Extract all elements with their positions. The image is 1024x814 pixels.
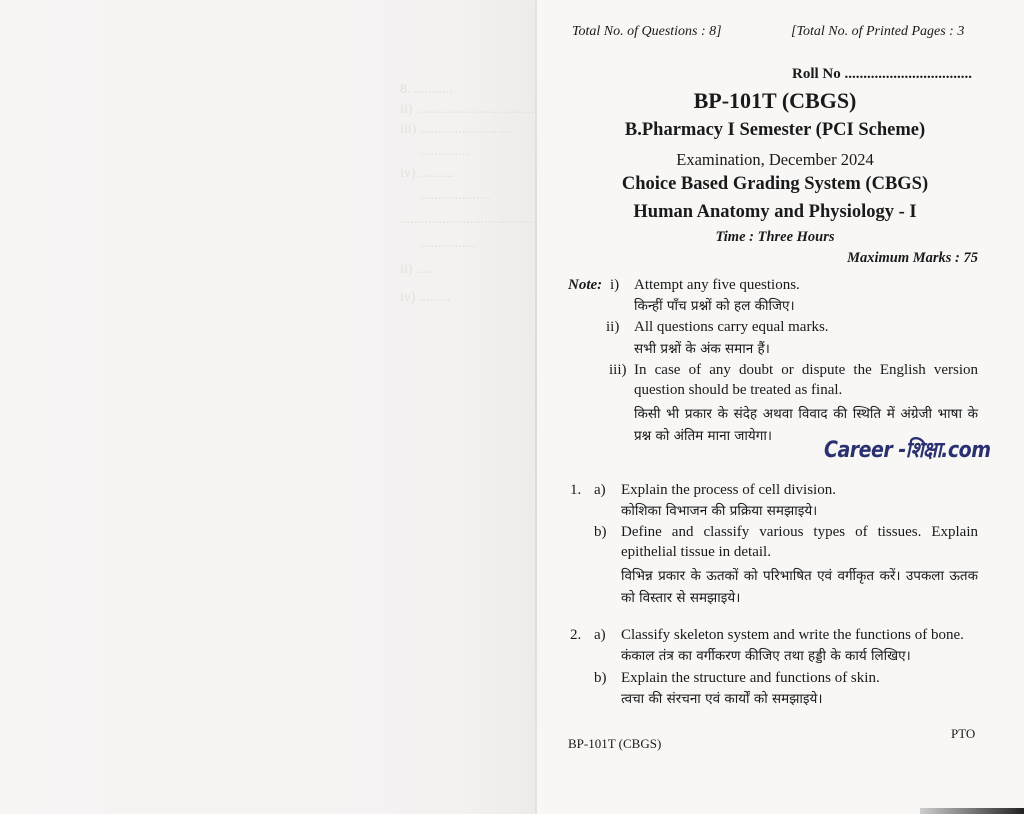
bleed-through-text: ii) ................................... bbox=[400, 102, 538, 118]
footer-pto: PTO bbox=[951, 726, 975, 742]
note-text-hi: सभी प्रश्नों के अंक समान हैं। bbox=[634, 339, 770, 359]
bleed-through-text: ....................................... bbox=[400, 212, 537, 228]
question-part-label: b) bbox=[594, 522, 607, 542]
note-number: ii) bbox=[606, 317, 619, 337]
scan-edge-shadow bbox=[920, 808, 1024, 814]
bleed-through-text: iv) ......... bbox=[400, 290, 451, 306]
question-text-hi: कोशिका विभाजन की प्रक्रिया समझाइये। bbox=[621, 501, 817, 521]
question-part-label: b) bbox=[594, 668, 607, 688]
exam-session: Examination, December 2024 bbox=[560, 150, 990, 170]
question-part-label: a) bbox=[594, 625, 606, 645]
bleed-through-text: 8. ........... bbox=[400, 82, 453, 98]
bleed-through-text: iii) .......................... bbox=[400, 122, 511, 138]
question-text-hi: कंकाल तंत्र का वर्गीकरण कीजिए तथा हड्डी … bbox=[621, 646, 911, 666]
bleed-through-text: .................... bbox=[420, 188, 490, 204]
roll-no-field: Roll No ................................… bbox=[792, 66, 972, 83]
note-text-en: In case of any doubt or dispute the Engl… bbox=[634, 360, 978, 400]
paper-code: BP-101T (CBGS) bbox=[560, 88, 990, 114]
exam-duration: Time : Three Hours bbox=[560, 229, 990, 246]
course-title: B.Pharmacy I Semester (PCI Scheme) bbox=[560, 120, 990, 141]
question-text-hi: विभिन्न प्रकार के ऊतकों को परिभाषित एवं … bbox=[621, 565, 978, 609]
bleed-through-text: .............. bbox=[420, 144, 469, 160]
left-page-blank: 8. ........... ii) .....................… bbox=[0, 0, 536, 814]
note-text-hi: किन्हीं पाँच प्रश्नों को हल कीजिए। bbox=[634, 296, 795, 316]
watermark-stamp: Career -शिक्षा.com bbox=[824, 434, 991, 464]
note-text-en: All questions carry equal marks. bbox=[634, 317, 829, 337]
question-text-en: Define and classify various types of tis… bbox=[621, 522, 978, 562]
bleed-through-text: ii) ..... bbox=[400, 262, 433, 278]
bleed-through-text: ................ bbox=[420, 236, 476, 252]
question-text-en: Explain the process of cell division. bbox=[621, 480, 836, 500]
question-text-hi: त्वचा की संरचना एवं कार्यों को समझाइये। bbox=[621, 689, 822, 709]
question-part-label: a) bbox=[594, 480, 606, 500]
question-text-en: Classify skeleton system and write the f… bbox=[621, 625, 964, 645]
total-printed-pages: [Total No. of Printed Pages : 3 bbox=[791, 24, 964, 40]
footer-paper-code: BP-101T (CBGS) bbox=[568, 736, 661, 752]
subject-title: Human Anatomy and Physiology - I bbox=[560, 202, 990, 223]
bleed-through-text: iv) .......... bbox=[400, 166, 454, 182]
note-number: i) bbox=[610, 275, 619, 295]
question-text-en: Explain the structure and functions of s… bbox=[621, 668, 880, 688]
grading-system: Choice Based Grading System (CBGS) bbox=[560, 174, 990, 195]
note-number: iii) bbox=[609, 360, 627, 380]
maximum-marks: Maximum Marks : 75 bbox=[847, 250, 978, 267]
question-number: 2. bbox=[570, 625, 581, 645]
question-number: 1. bbox=[570, 480, 581, 500]
note-label: Note: bbox=[568, 275, 602, 295]
note-text-en: Attempt any five questions. bbox=[634, 275, 800, 295]
total-questions: Total No. of Questions : 8] bbox=[572, 24, 722, 40]
